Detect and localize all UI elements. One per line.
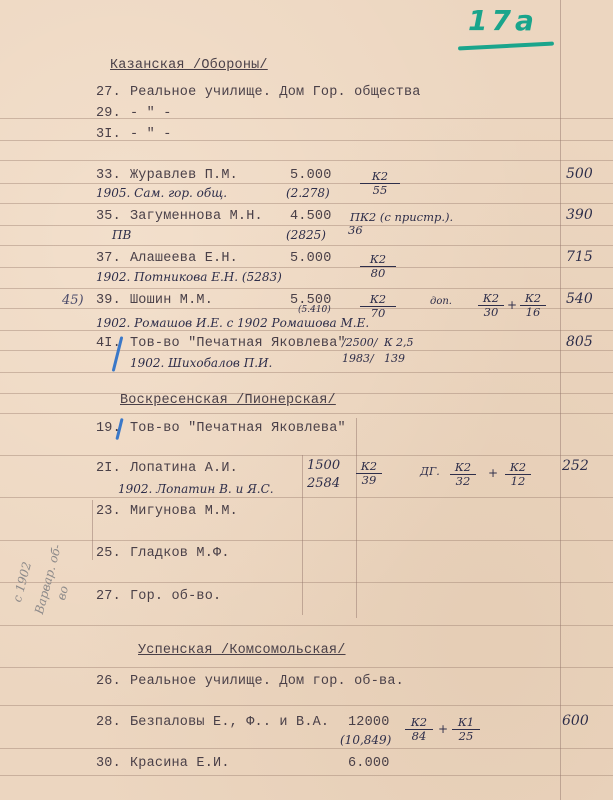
entry-number: 39. (96, 293, 121, 308)
entry-note: 1902. Лопатин В. и Я.С. (118, 482, 274, 496)
entry-number: 33. (96, 168, 121, 183)
entry-old-amount: (2.278) (286, 186, 330, 200)
entry-amount: 5.000 (290, 168, 332, 183)
entry-name: Журавлев П.М. (130, 168, 238, 183)
entry-total: 390 (566, 207, 593, 223)
entry-name: - " - (130, 106, 172, 121)
entry-fraction: К239 (356, 460, 382, 487)
entry-name: Гор. об-во. (130, 589, 221, 604)
section-heading: Успенская /Комсомольская/ (138, 643, 346, 658)
entry-name: Тов-во "Печатная Яковлева" (130, 336, 346, 351)
entry-fraction: ПК2 (с пристр.).36 (348, 211, 455, 237)
plus-sign: + (507, 298, 517, 312)
page-number: 17а (468, 4, 538, 37)
entry-number: 26. (96, 674, 121, 689)
entry-amount: 4.500 (290, 209, 332, 224)
extra-fraction-b: К216 (520, 292, 546, 319)
entry-number: 28. (96, 715, 121, 730)
entry-amount: 5.000 (290, 251, 332, 266)
entry-note: 1902. Потникова Е.Н. (5283) (96, 270, 282, 284)
entry-name: - " - (130, 127, 172, 142)
entry-number: 23. (96, 504, 121, 519)
section-heading: Воскресенская /Пионерская/ (120, 393, 336, 408)
entry-number: 25. (96, 546, 121, 561)
entry-number: 29. (96, 106, 121, 121)
entry-name: Мигунова М.М. (130, 504, 238, 519)
entry-note: 1905. Сам. гор. общ. (96, 186, 227, 200)
entry-amount: /2500/ (342, 336, 377, 349)
plus-sign: + (488, 466, 498, 480)
entry-fraction-den: 139 (384, 352, 405, 365)
page-number-underline (458, 41, 554, 50)
entry-name: Тов-во "Печатная Яковлева" (130, 421, 346, 436)
extra-fraction-b: К212 (505, 461, 531, 488)
entry-number: 35. (96, 209, 121, 224)
entry-name: Реальное училище. Дом гор. об-ва. (130, 674, 404, 689)
entry-name: Безпаловы Е., Ф.. и В.А. (130, 715, 329, 730)
entry-name: Лопатина А.И. (130, 461, 238, 476)
entry-name: Гладков М.Ф. (130, 546, 230, 561)
entry-name: Красина Е.И. (130, 756, 230, 771)
entry-amount: 1500 (307, 458, 340, 473)
entry-total: 600 (562, 713, 589, 729)
entry-old-amount: 2584 (307, 476, 340, 491)
entry-fraction: К255 (360, 170, 400, 197)
entry-total: 252 (562, 458, 589, 474)
entry-note: 1902. Шихобалов П.И. (130, 356, 272, 370)
entry-name: Загуменнова М.Н. (130, 209, 263, 224)
section-heading: Казанская /Обороны/ (110, 58, 268, 73)
margin-note: 45) (62, 293, 84, 308)
entry-fraction: К284 (405, 716, 433, 743)
entry-old-amount: (5.410) (298, 305, 331, 315)
entry-number: 27. (96, 85, 121, 100)
entry-number: 37. (96, 251, 121, 266)
entry-number: 30. (96, 756, 121, 771)
entry-name: Алашеева Е.Н. (130, 251, 238, 266)
entry-name: Реальное училище. Дом Гор. общества (130, 85, 421, 100)
entry-number: 2I. (96, 461, 121, 476)
entry-amount: 12000 (348, 715, 390, 730)
extra-fraction-a: К232 (450, 461, 476, 488)
entry-old-amount: (10,849) (340, 733, 391, 747)
extra-fraction-a: К230 (478, 292, 504, 319)
entry-fraction-num: К 2,5 (384, 336, 414, 349)
entry-number: 27. (96, 589, 121, 604)
entry-old-amount: (2825) (286, 228, 326, 242)
extra-prefix: доп. (430, 296, 452, 307)
entry-name: Шошин М.М. (130, 293, 213, 308)
entry-number: 3I. (96, 127, 121, 142)
extra-fraction-a: К125 (452, 716, 480, 743)
entry-total: 500 (566, 166, 593, 182)
plus-sign: + (438, 722, 448, 736)
entry-note: ПВ (112, 228, 131, 242)
entry-old-amount: 1983/ (342, 352, 374, 365)
entry-note: 1902. Ромашов И.Е. с 1902 Ромашова М.Е. (96, 316, 369, 330)
entry-total: 540 (566, 291, 593, 307)
entry-total: 715 (566, 249, 593, 265)
entry-fraction: К280 (360, 253, 396, 280)
extra-prefix: ДГ. (420, 465, 440, 478)
entry-amount: 6.000 (348, 756, 390, 771)
entry-total: 805 (566, 334, 593, 350)
